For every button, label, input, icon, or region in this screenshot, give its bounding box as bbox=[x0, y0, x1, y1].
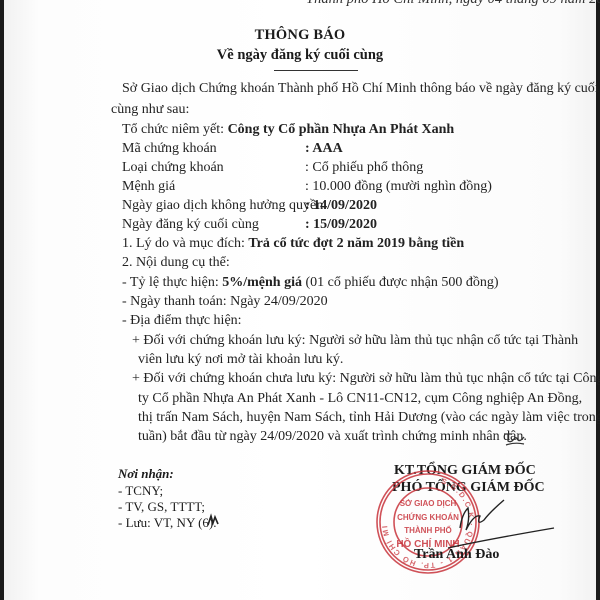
field-label-record-date: Ngày đăng ký cuối cùng bbox=[122, 217, 259, 233]
field-value-record-date: : 15/09/2020 bbox=[305, 217, 377, 233]
org-label: Tổ chức niêm yết: bbox=[122, 122, 228, 137]
execution-rate: - Tỷ lệ thực hiện: 5%/mệnh giá (01 cổ ph… bbox=[122, 275, 499, 291]
document-title: THÔNG BÁO bbox=[4, 27, 596, 44]
org-value: Công ty Cổ phần Nhựa An Phát Xanh bbox=[228, 122, 455, 137]
recipient-item: - TCNY; bbox=[118, 483, 163, 499]
payment-date: - Ngày thanh toán: Ngày 24/09/2020 bbox=[122, 294, 328, 310]
location-heading: - Địa điểm thực hiện: bbox=[122, 313, 242, 329]
field-value-ex-rights-date: : 14/09/2020 bbox=[305, 198, 377, 214]
deposited-line-1: + Đối với chứng khoán lưu ký: Người sở h… bbox=[132, 333, 578, 349]
handwritten-signature-icon bbox=[444, 490, 564, 550]
intro-line-2: cùng như sau: bbox=[111, 102, 189, 118]
field-value-security-type: : Cổ phiếu phổ thông bbox=[305, 160, 423, 176]
title-divider bbox=[274, 70, 358, 71]
recipient-item: - TV, GS, TTTT; bbox=[118, 499, 205, 515]
signer-name: Trần Anh Đào bbox=[414, 547, 499, 563]
place-date: Thành phố Hồ Chí Minh, ngày 04 tháng 09 … bbox=[306, 0, 600, 8]
undeposited-line-2: ty Cổ phần Nhựa An Phát Xanh - Lô CN11-C… bbox=[138, 391, 582, 407]
field-label-par-value: Mệnh giá bbox=[122, 179, 175, 195]
undeposited-line-4: tuần) bắt đầu từ ngày 24/09/2020 và xuất… bbox=[138, 429, 527, 445]
deposited-line-2: viên lưu ký nơi mở tài khoản lưu ký. bbox=[138, 352, 343, 368]
recipient-item: - Lưu: VT, NY (6). bbox=[118, 515, 217, 531]
document-page: Thành phố Hồ Chí Minh, ngày 04 tháng 09 … bbox=[4, 0, 596, 600]
undeposited-line-1: + Đối với chứng khoán chưa lưu ký: Người… bbox=[132, 371, 600, 387]
field-value-par-value: : 10.000 đồng (mười nghìn đồng) bbox=[305, 179, 492, 195]
field-label-ticker: Mã chứng khoán bbox=[122, 141, 217, 157]
reason-purpose: 1. Lý do và mục đích: Trả cổ tức đợt 2 n… bbox=[122, 236, 464, 252]
content-heading: 2. Nội dung cụ thể: bbox=[122, 255, 230, 271]
undeposited-line-3: thị trấn Nam Sách, huyện Nam Sách, tỉnh … bbox=[138, 410, 600, 426]
document-subtitle: Về ngày đăng ký cuối cùng bbox=[4, 47, 596, 64]
field-label-security-type: Loại chứng khoán bbox=[122, 160, 224, 176]
recipients-title: Nơi nhận: bbox=[118, 466, 174, 482]
field-value-ticker: : AAA bbox=[305, 141, 343, 157]
initials-mark-icon bbox=[502, 428, 528, 448]
intro-line-1: Sở Giao dịch Chứng khoán Thành phố Hồ Ch… bbox=[122, 81, 599, 97]
listed-organization: Tổ chức niêm yết: Công ty Cổ phần Nhựa A… bbox=[122, 122, 454, 138]
field-label-ex-rights-date: Ngày giao dịch không hưởng quyền bbox=[122, 198, 323, 214]
initials-mark-icon bbox=[206, 513, 220, 527]
